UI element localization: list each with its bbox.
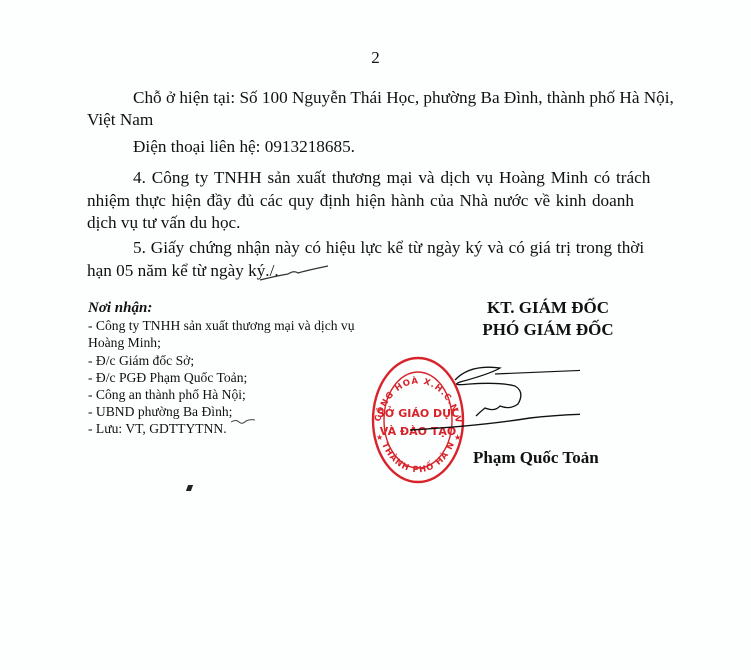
item4-line-2: nhiệm thực hiện đầy đủ các quy định hiện… xyxy=(87,190,634,212)
recipients-block: Nơi nhận: - Công ty TNHH sản xuất thương… xyxy=(88,300,355,438)
recipient-item: - UBND phường Ba Đình; xyxy=(88,403,355,420)
recipient-item: - Đ/c PGĐ Phạm Quốc Toản; xyxy=(88,369,355,386)
recipients-title: Nơi nhận: xyxy=(88,300,355,317)
initial-mark xyxy=(230,416,256,428)
page-number: 2 xyxy=(0,48,751,68)
residence-line-2: Việt Nam xyxy=(87,109,153,131)
residence-line-1: Chỗ ở hiện tại: Số 100 Nguyễn Thái Học, … xyxy=(133,87,674,109)
initial-scribble xyxy=(258,262,330,284)
item5-line-1: 5. Giấy chứng nhận này có hiệu lực kể từ… xyxy=(133,237,644,259)
handwritten-signature xyxy=(400,360,580,440)
scan-mark xyxy=(186,485,193,491)
svg-text:★: ★ xyxy=(376,433,383,442)
recipient-item: - Lưu: VT, GDTTYTNN. xyxy=(88,420,355,437)
recipient-item: - Đ/c Giám đốc Sở; xyxy=(88,352,355,369)
signature-title-1: KT. GIÁM ĐỐC xyxy=(448,298,648,318)
signer-name: Phạm Quốc Toản xyxy=(473,448,599,468)
item5-line-2: hạn 05 năm kể từ ngày ký./. xyxy=(87,260,279,282)
item4-line-3: dịch vụ tư vấn du học. xyxy=(87,212,240,234)
recipient-item: - Công an thành phố Hà Nội; xyxy=(88,386,355,403)
recipient-item: Hoàng Minh; xyxy=(88,334,355,351)
phone-line: Điện thoại liên hệ: 0913218685. xyxy=(133,136,355,158)
recipient-item: - Công ty TNHH sản xuất thương mại và dị… xyxy=(88,317,355,334)
signature-title-2: PHÓ GIÁM ĐỐC xyxy=(448,320,648,340)
item4-line-1: 4. Công ty TNHH sản xuất thương mại và d… xyxy=(133,167,650,189)
